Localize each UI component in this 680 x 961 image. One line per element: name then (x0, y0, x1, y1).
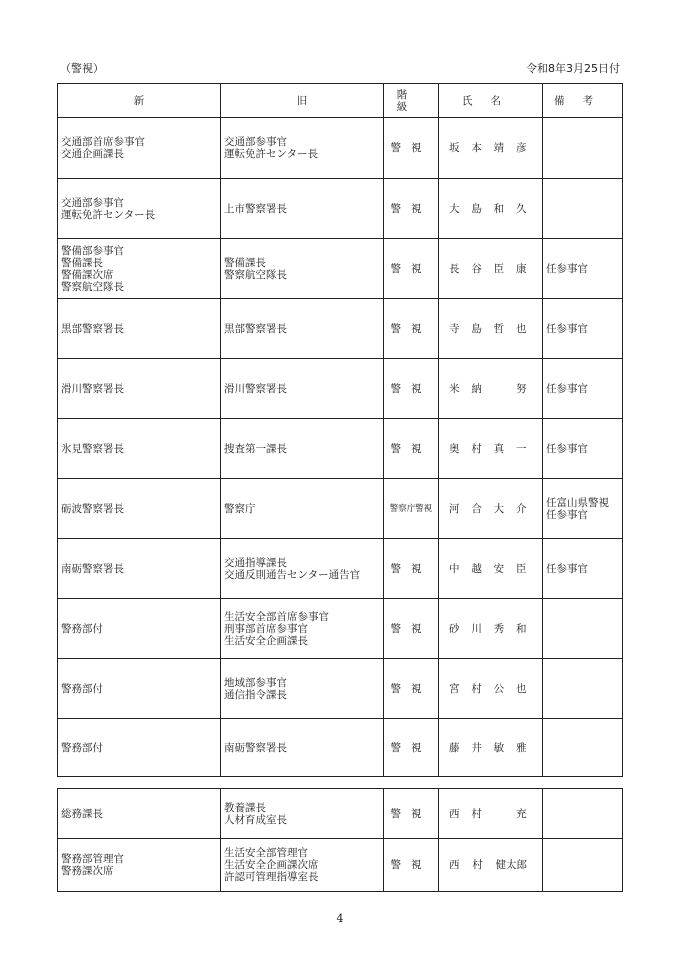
cell-name: 奥村真一 (439, 419, 543, 479)
name-part: 米 (449, 383, 460, 395)
cell-name: 砂川秀和 (439, 599, 543, 659)
cell-new-position: 警務部管理官 警務課次席 (58, 839, 221, 892)
cell-remarks (543, 599, 623, 659)
person-name: 宮村公也 (449, 683, 527, 695)
table-row: 黒部警察署長黒部警察署長警視寺島哲也任参事官 (58, 299, 623, 359)
name-part: 島 (471, 203, 482, 215)
name-part: 大 (449, 203, 460, 215)
cell-new-position: 南砺警察署長 (58, 539, 221, 599)
person-name: 河合大介 (449, 503, 527, 515)
cell-name: 長谷臣康 (439, 239, 543, 299)
cell-old-position: 上市警察署長 (221, 179, 384, 239)
cell-rank: 警視 (384, 839, 439, 892)
cell-name: 藤井敏雅 (439, 719, 543, 777)
table-row: 総務課長教養課長 人材育成室長警視西村充 (58, 789, 623, 839)
name-part: 越 (471, 563, 482, 575)
name-part: 公 (494, 683, 505, 695)
category-label: （警視） (60, 60, 104, 76)
name-part: 村 (472, 859, 483, 871)
cell-name: 河合大介 (439, 479, 543, 539)
name-part: 村 (471, 443, 482, 455)
cell-rank: 警視 (384, 719, 439, 777)
name-part: 藤 (449, 742, 460, 754)
person-name: 長谷臣康 (449, 263, 527, 275)
cell-remarks (543, 839, 623, 892)
name-part: 大 (494, 503, 505, 515)
page-number: 4 (0, 912, 680, 925)
personnel-table-secondary: 総務課長教養課長 人材育成室長警視西村充警務部管理官 警務課次席生活安全部管理官… (57, 788, 623, 892)
name-part: 靖 (494, 142, 505, 154)
cell-rank: 警視 (384, 118, 439, 179)
table-row: 南砺警察署長交通指導課長 交通反則通告センター通告官警視中越安臣任参事官 (58, 539, 623, 599)
cell-rank: 警視 (384, 359, 439, 419)
cell-old-position: 地域部参事官 通信指令課長 (221, 659, 384, 719)
cell-rank: 警視 (384, 299, 439, 359)
cell-rank: 警視 (384, 179, 439, 239)
cell-new-position: 交通部首席参事官 交通企画課長 (58, 118, 221, 179)
name-part: 西 (449, 859, 460, 871)
table-row: 氷見警察署長捜査第一課長警視奥村真一任参事官 (58, 419, 623, 479)
name-part: 本 (471, 142, 482, 154)
name-part: 彦 (516, 142, 527, 154)
name-part: 島 (471, 323, 482, 335)
cell-remarks: 任参事官 (543, 239, 623, 299)
person-name: 寺島哲也 (449, 323, 527, 335)
name-part: 村 (471, 808, 482, 820)
cell-old-position: 交通指導課長 交通反則通告センター通告官 (221, 539, 384, 599)
cell-rank: 警察庁警視 (384, 479, 439, 539)
cell-old-position: 南砺警察署長 (221, 719, 384, 777)
cell-rank: 警視 (384, 599, 439, 659)
cell-old-position: 生活安全部管理官 生活安全企画課次席 許認可管理指導室長 (221, 839, 384, 892)
cell-new-position: 氷見警察署長 (58, 419, 221, 479)
name-part: 安 (494, 563, 505, 575)
name-part: 谷 (471, 263, 482, 275)
name-part: 西 (449, 808, 460, 820)
name-part (494, 383, 505, 395)
table-row: 交通部参事官 運転免許センター長上市警察署長警視大島和久 (58, 179, 623, 239)
cell-rank: 警視 (384, 789, 439, 839)
cell-name: 西村充 (439, 789, 543, 839)
cell-remarks (543, 659, 623, 719)
person-name: 奥村真一 (449, 443, 527, 455)
table-row: 警務部管理官 警務課次席生活安全部管理官 生活安全企画課次席 許認可管理指導室長… (58, 839, 623, 892)
name-part: 雅 (516, 742, 527, 754)
person-name: 中越安臣 (449, 563, 527, 575)
person-name: 西村充 (449, 808, 527, 820)
table-row: 警務部付南砺警察署長警視藤井敏雅 (58, 719, 623, 777)
name-part: 秀 (494, 623, 505, 635)
cell-rank: 警視 (384, 239, 439, 299)
name-part: 河 (449, 503, 460, 515)
cell-new-position: 総務課長 (58, 789, 221, 839)
name-part: 真 (494, 443, 505, 455)
effective-date: 令和8年3月25日付 (526, 60, 620, 76)
name-part: 一 (516, 443, 527, 455)
cell-old-position: 警察庁 (221, 479, 384, 539)
table-row: 警務部付地域部参事官 通信指令課長警視宮村公也 (58, 659, 623, 719)
column-header-old: 旧 (221, 84, 384, 118)
cell-remarks (543, 719, 623, 777)
name-part: 也 (516, 323, 527, 335)
cell-old-position: 教養課長 人材育成室長 (221, 789, 384, 839)
personnel-table-main: 新 旧 階級 氏名 備考 交通部首席参事官 交通企画課長交通部参事官 運転免許セ… (57, 83, 623, 777)
cell-old-position: 生活安全部首席参事官 刑事部首席参事官 生活安全企画課長 (221, 599, 384, 659)
cell-name: 西村健太郎 (439, 839, 543, 892)
name-part: 宮 (449, 683, 460, 695)
person-name: 砂川秀和 (449, 623, 527, 635)
name-part: 臣 (494, 263, 505, 275)
cell-remarks: 任参事官 (543, 359, 623, 419)
name-part: 康 (516, 263, 527, 275)
cell-name: 寺島哲也 (439, 299, 543, 359)
cell-rank: 警視 (384, 659, 439, 719)
cell-old-position: 警備課長 警察航空隊長 (221, 239, 384, 299)
cell-name: 宮村公也 (439, 659, 543, 719)
table-row: 警備部参事官 警備課長 警備課次席 警察航空隊長警備課長 警察航空隊長警視長谷臣… (58, 239, 623, 299)
column-header-rank: 階級 (384, 84, 439, 118)
cell-remarks: 任参事官 (543, 419, 623, 479)
person-name: 大島和久 (449, 203, 527, 215)
person-name: 坂本靖彦 (449, 142, 527, 154)
cell-name: 坂本靖彦 (439, 118, 543, 179)
cell-new-position: 黒部警察署長 (58, 299, 221, 359)
person-name: 藤井敏雅 (449, 742, 527, 754)
cell-remarks: 任参事官 (543, 299, 623, 359)
cell-new-position: 滑川警察署長 (58, 359, 221, 419)
name-part: 川 (471, 623, 482, 635)
cell-remarks (543, 179, 623, 239)
column-header-remarks: 備考 (543, 84, 623, 118)
table-row: 滑川警察署長滑川警察署長警視米納努任参事官 (58, 359, 623, 419)
table-row: 交通部首席参事官 交通企画課長交通部参事官 運転免許センター長警視坂本靖彦 (58, 118, 623, 179)
name-part: 長 (449, 263, 460, 275)
name-part: 村 (471, 683, 482, 695)
table-header-row: 新 旧 階級 氏名 備考 (58, 84, 623, 118)
name-part: 和 (516, 623, 527, 635)
cell-new-position: 警務部付 (58, 659, 221, 719)
table-row: 警務部付生活安全部首席参事官 刑事部首席参事官 生活安全企画課長警視砂川秀和 (58, 599, 623, 659)
cell-old-position: 捜査第一課長 (221, 419, 384, 479)
name-part: 久 (516, 203, 527, 215)
name-part: 砂 (449, 623, 460, 635)
cell-new-position: 砺波警察署長 (58, 479, 221, 539)
cell-rank: 警視 (384, 419, 439, 479)
person-name: 米納努 (449, 383, 527, 395)
name-part: 中 (449, 563, 460, 575)
name-part: 臣 (516, 563, 527, 575)
name-part: 充 (516, 808, 527, 820)
name-part: 井 (471, 742, 482, 754)
cell-rank: 警視 (384, 539, 439, 599)
name-part (494, 808, 505, 820)
name-part: 寺 (449, 323, 460, 335)
name-part: 和 (494, 203, 505, 215)
cell-new-position: 警務部付 (58, 599, 221, 659)
table-row: 砺波警察署長警察庁警察庁警視河合大介任富山県警視 任参事官 (58, 479, 623, 539)
cell-old-position: 滑川警察署長 (221, 359, 384, 419)
column-header-new: 新 (58, 84, 221, 118)
name-part: 敏 (494, 742, 505, 754)
cell-old-position: 黒部警察署長 (221, 299, 384, 359)
name-part: 努 (516, 383, 527, 395)
cell-name: 大島和久 (439, 179, 543, 239)
name-part: 坂 (449, 142, 460, 154)
cell-remarks: 任富山県警視 任参事官 (543, 479, 623, 539)
column-header-name: 氏名 (439, 84, 543, 118)
name-part: 健太郎 (496, 859, 528, 871)
cell-new-position: 警備部参事官 警備課長 警備課次席 警察航空隊長 (58, 239, 221, 299)
cell-old-position: 交通部参事官 運転免許センター長 (221, 118, 384, 179)
person-name: 西村健太郎 (449, 859, 527, 871)
cell-name: 中越安臣 (439, 539, 543, 599)
cell-new-position: 交通部参事官 運転免許センター長 (58, 179, 221, 239)
name-part: 合 (471, 503, 482, 515)
name-part: 納 (471, 383, 482, 395)
name-part: 奥 (449, 443, 460, 455)
cell-remarks: 任参事官 (543, 539, 623, 599)
cell-remarks (543, 789, 623, 839)
cell-name: 米納努 (439, 359, 543, 419)
name-part: 介 (516, 503, 527, 515)
cell-remarks (543, 118, 623, 179)
name-part: 哲 (494, 323, 505, 335)
name-part: 也 (516, 683, 527, 695)
cell-new-position: 警務部付 (58, 719, 221, 777)
